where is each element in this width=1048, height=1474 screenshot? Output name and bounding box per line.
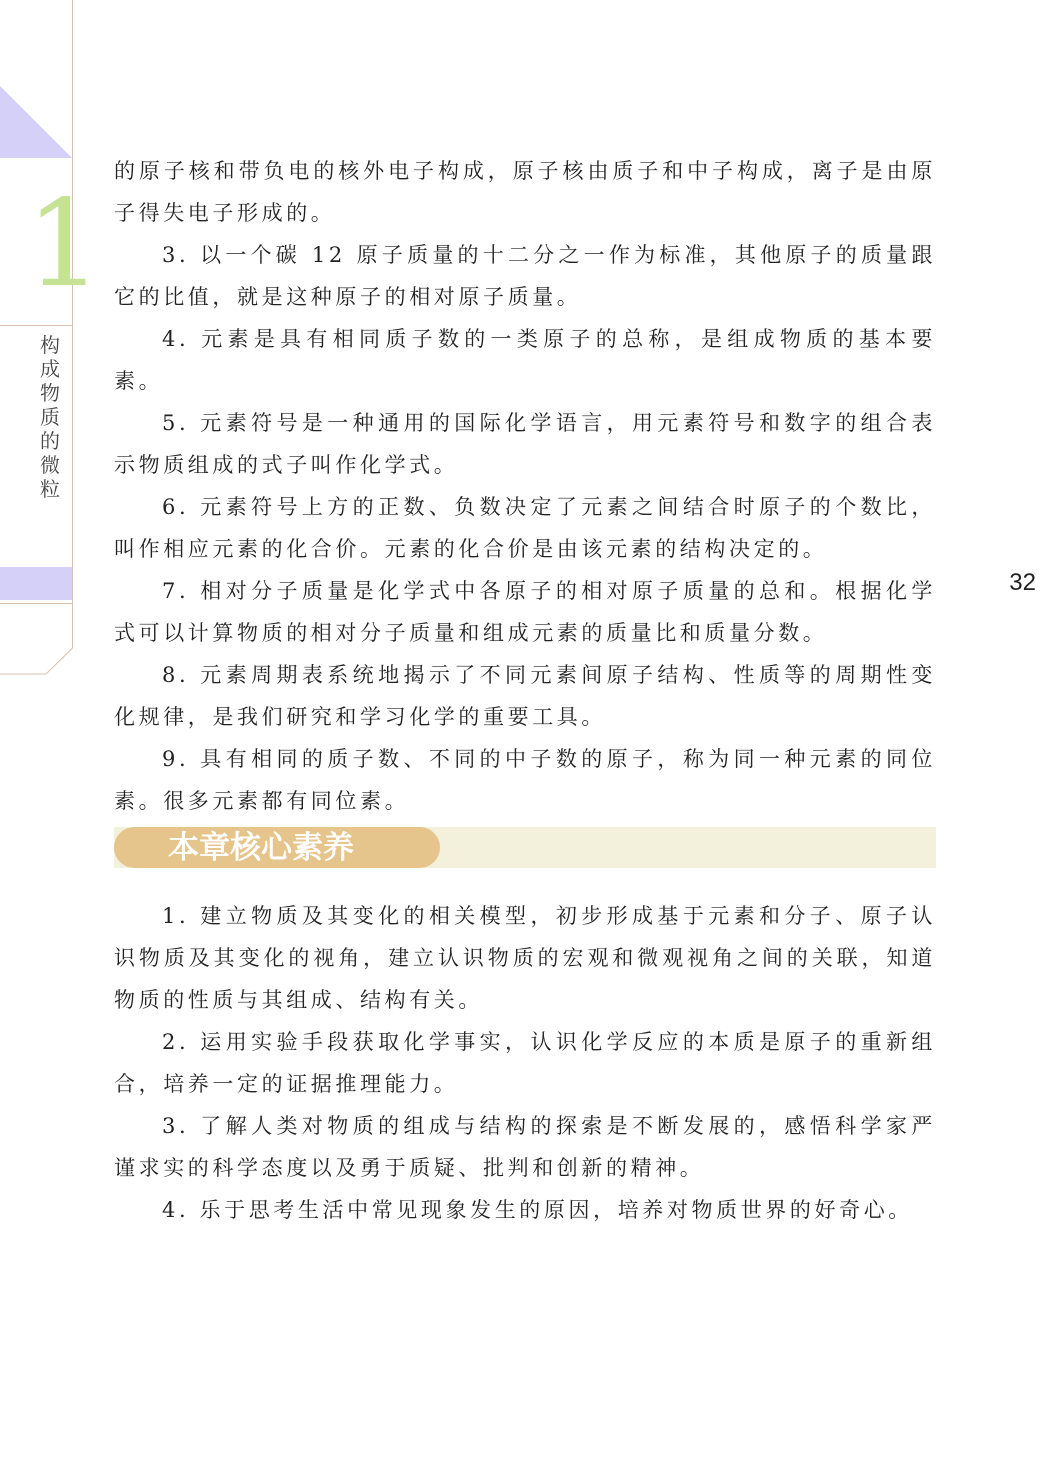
- page-number-band: [0, 567, 72, 600]
- summary-paragraph: 6. 元素符号上方的正数、负数决定了元素之间结合时原子的个数比，叫作相应元素的化…: [114, 486, 936, 570]
- section-title-pill: 本章核心素养: [114, 827, 440, 868]
- chapter-triangle-decoration: [0, 86, 72, 158]
- summary-paragraph: 7. 相对分子质量是化学式中各原子的相对原子质量的总和。根据化学式可以计算物质的…: [114, 570, 936, 654]
- chapter-title: 构成物质的微粒: [36, 333, 64, 501]
- literacy-paragraph: 4. 乐于思考生活中常见现象发生的原因，培养对物质世界的好奇心。: [114, 1189, 936, 1231]
- summary-paragraph: 的原子核和带负电的核外电子构成，原子核由质子和中子构成，离子是由原子得失电子形成…: [114, 150, 936, 234]
- section-header-core-literacy: 本章核心素养: [114, 827, 936, 868]
- divider: [0, 325, 72, 326]
- page-number: 32: [1009, 569, 1036, 597]
- summary-paragraph: 5. 元素符号是一种通用的国际化学语言，用元素符号和数字的组合表示物质组成的式子…: [114, 402, 936, 486]
- summary-paragraph: 4. 元素是具有相同质子数的一类原子的总称，是组成物质的基本要素。: [114, 318, 936, 402]
- summary-paragraph: 3. 以一个碳 12 原子质量的十二分之一作为标准，其他原子的质量跟它的比值，就…: [114, 234, 936, 318]
- chapter-number: 1: [26, 180, 102, 310]
- chapter-summary: 的原子核和带负电的核外电子构成，原子核由质子和中子构成，离子是由原子得失电子形成…: [114, 150, 936, 822]
- literacy-paragraph: 2. 运用实验手段获取化学事实，认识化学反应的本质是原子的重新组合，培养一定的证…: [114, 1021, 936, 1105]
- core-literacy-list: 1. 建立物质及其变化的相关模型，初步形成基于元素和分子、原子认识物质及其变化的…: [114, 895, 936, 1231]
- summary-paragraph: 9. 具有相同的质子数、不同的中子数的原子，称为同一种元素的同位素。很多元素都有…: [114, 738, 936, 822]
- section-title: 本章核心素养: [168, 828, 354, 868]
- summary-paragraph: 8. 元素周期表系统地揭示了不同元素间原子结构、性质等的周期性变化规律，是我们研…: [114, 654, 936, 738]
- sidebar-border: [72, 0, 73, 648]
- literacy-paragraph: 3. 了解人类对物质的组成与结构的探索是不断发展的，感悟科学家严谨求实的科学态度…: [114, 1105, 936, 1189]
- divider: [0, 603, 72, 604]
- literacy-paragraph: 1. 建立物质及其变化的相关模型，初步形成基于元素和分子、原子认识物质及其变化的…: [114, 895, 936, 1021]
